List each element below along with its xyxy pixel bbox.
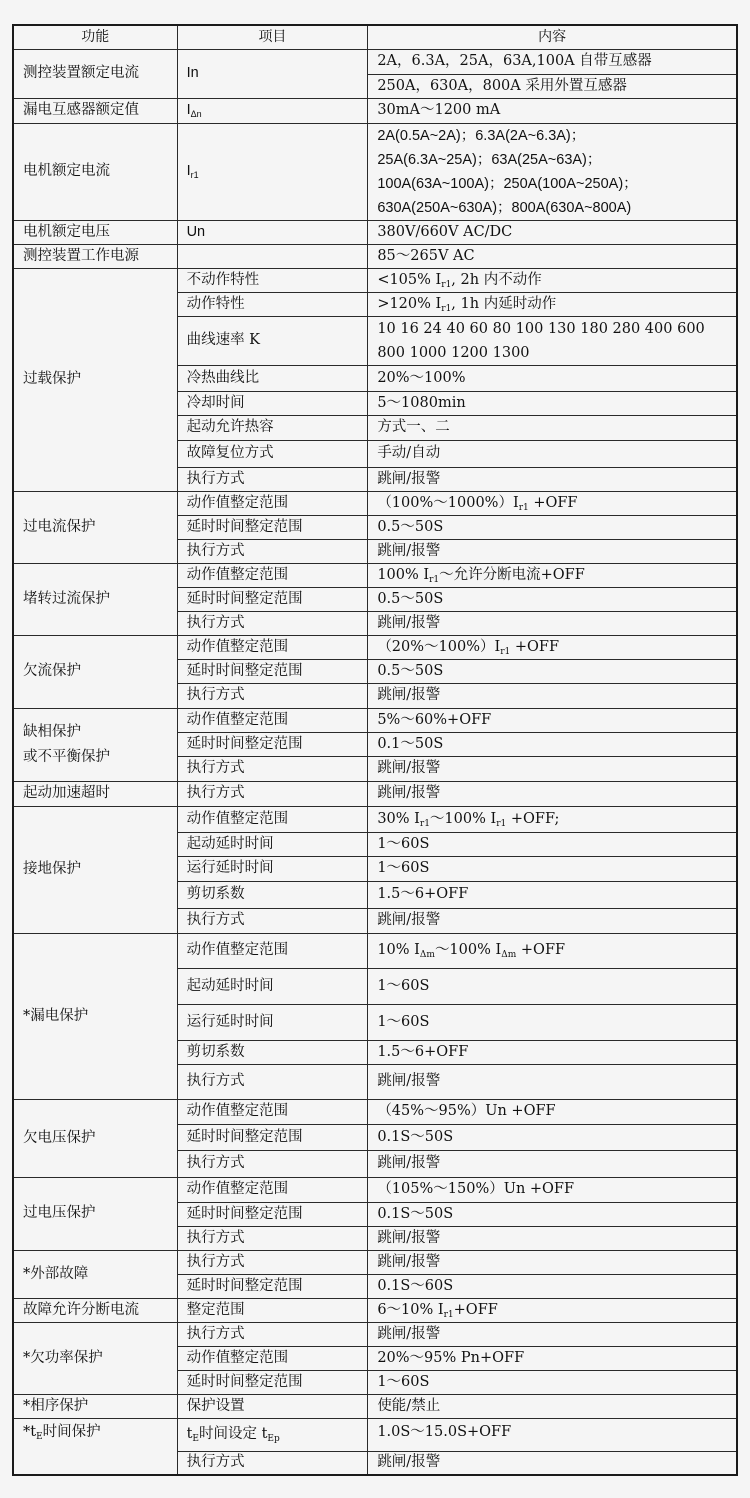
item-cell: 延时时间整定范围	[177, 587, 368, 611]
content-text: <105% I	[377, 272, 441, 288]
item-cell: 不动作特性	[177, 268, 368, 292]
content-text: , 2h 内不动作	[451, 272, 541, 288]
content-cell: 0.5～50S	[368, 587, 737, 611]
function-cell: *漏电保护	[13, 933, 177, 1099]
content-cell: 85～265V AC	[368, 244, 737, 268]
content-cell: 跳闸/报警	[368, 1451, 737, 1475]
content-cell: 使能/禁止	[368, 1394, 737, 1418]
header-item: 项目	[177, 25, 368, 49]
table-row: 过电流保护 动作值整定范围 （100%～1000%）Ir1 +OFF	[13, 491, 737, 515]
function-cell: 电机额定电压	[13, 220, 177, 244]
item-cell: 延时时间整定范围	[177, 732, 368, 756]
item-cell: 运行延时时间	[177, 1004, 368, 1040]
content-cell: 1.0S～15.0S+OFF	[368, 1418, 737, 1451]
content-cell: 0.1S～50S	[368, 1124, 737, 1150]
content-text: （100%～1000%）I	[377, 495, 518, 511]
content-text: +OFF	[529, 495, 578, 511]
function-cell: 欠流保护	[13, 635, 177, 708]
item-text: 时间设定	[199, 1426, 262, 1442]
item-cell: 延时时间整定范围	[177, 515, 368, 539]
content-cell: 跳闸/报警	[368, 1322, 737, 1346]
content-cell: 1～60S	[368, 1004, 737, 1040]
content-cell: >120% Ir1, 1h 内延时动作	[368, 292, 737, 316]
item-cell: 执行方式	[177, 756, 368, 781]
function-cell: 欠电压保护	[13, 1099, 177, 1177]
content-line: 800 1000 1200 1300	[377, 341, 736, 365]
item-cell: 动作值整定范围	[177, 806, 368, 832]
item-cell: 延时时间整定范围	[177, 1124, 368, 1150]
content-subscript: Δm	[420, 950, 435, 960]
content-cell: 方式一、二	[368, 415, 737, 440]
header-content: 内容	[368, 25, 737, 49]
item-cell: 动作特性	[177, 292, 368, 316]
function-text: 时间保护	[43, 1424, 101, 1440]
function-cell: 漏电互感器额定值	[13, 98, 177, 123]
content-line: 2A(0.5A~2A)；6.3A(2A~6.3A)；	[377, 124, 736, 148]
table-row: *相序保护 保护设置 使能/禁止	[13, 1394, 737, 1418]
function-cell: 缺相保护 或不平衡保护	[13, 708, 177, 781]
content-cell: 跳闸/报警	[368, 467, 737, 491]
table-row: 故障允许分断电流 整定范围 6～10% Ir1+OFF	[13, 1298, 737, 1322]
content-text: （20%～100%）I	[377, 639, 500, 655]
item-cell: 执行方式	[177, 611, 368, 635]
content-line: 25A(6.3A~25A)；63A(25A~63A)；	[377, 148, 736, 172]
content-cell: （45%～95%）Un +OFF	[368, 1099, 737, 1124]
item-cell: IΔn	[177, 98, 368, 123]
content-text: , 1h 内延时动作	[451, 296, 556, 312]
function-cell: 过电压保护	[13, 1177, 177, 1250]
table-row: 欠流保护 动作值整定范围 （20%～100%）Ir1 +OFF	[13, 635, 737, 659]
content-cell: 0.5～50S	[368, 515, 737, 539]
table-row: *漏电保护 动作值整定范围 10% IΔm～100% IΔm +OFF	[13, 933, 737, 968]
function-cell: 过电流保护	[13, 491, 177, 563]
item-cell: 冷却时间	[177, 391, 368, 415]
item-cell: 动作值整定范围	[177, 933, 368, 968]
table-row: 堵转过流保护 动作值整定范围 100% Ir1～允许分断电流+OFF	[13, 563, 737, 587]
content-cell: 1～60S	[368, 968, 737, 1004]
item-subscript: Δn	[191, 109, 202, 119]
content-cell: 跳闸/报警	[368, 781, 737, 806]
function-cell: *外部故障	[13, 1250, 177, 1298]
content-cell: 100% Ir1～允许分断电流+OFF	[368, 563, 737, 587]
item-cell: tE时间设定 tEp	[177, 1418, 368, 1451]
content-cell: 20%～95% Pn+OFF	[368, 1346, 737, 1370]
header-row: 功能 项目 内容	[13, 25, 737, 49]
item-cell: 冷热曲线比	[177, 365, 368, 391]
function-line: 或不平衡保护	[23, 745, 177, 770]
function-subscript: E	[36, 1432, 43, 1442]
content-cell: 0.1S～50S	[368, 1202, 737, 1226]
item-cell: 起动允许热容	[177, 415, 368, 440]
item-cell: 保护设置	[177, 1394, 368, 1418]
table-row: *欠功率保护 执行方式 跳闸/报警	[13, 1322, 737, 1346]
table-row: *外部故障 执行方式 跳闸/报警	[13, 1250, 737, 1274]
content-cell: 1～60S	[368, 832, 737, 856]
item-cell: 动作值整定范围	[177, 491, 368, 515]
item-cell: Ir1	[177, 123, 368, 220]
content-subscript: r1	[441, 280, 451, 290]
item-cell: 执行方式	[177, 467, 368, 491]
item-cell: 整定范围	[177, 1298, 368, 1322]
content-cell: 30mA～1200 mA	[368, 98, 737, 123]
function-cell: 故障允许分断电流	[13, 1298, 177, 1322]
content-subscript: r1	[441, 304, 451, 314]
item-cell: 执行方式	[177, 1451, 368, 1475]
content-cell: 6～10% Ir1+OFF	[368, 1298, 737, 1322]
item-cell: 起动延时时间	[177, 968, 368, 1004]
function-cell: *相序保护	[13, 1394, 177, 1418]
function-cell: *tE时间保护	[13, 1418, 177, 1475]
spec-table: 功能 项目 内容 测控装置额定电流 In 2A，6.3A，25A，63A,100…	[12, 24, 738, 1476]
content-text: 6～10%	[377, 1302, 438, 1318]
function-line: 缺相保护	[23, 720, 177, 745]
content-cell: 跳闸/报警	[368, 611, 737, 635]
header-function: 功能	[13, 25, 177, 49]
item-cell: 执行方式	[177, 539, 368, 563]
function-cell: 接地保护	[13, 806, 177, 933]
item-cell: 故障复位方式	[177, 440, 368, 467]
item-subscript: E	[192, 1434, 199, 1444]
content-line: 100A(63A~100A)；250A(100A~250A)；	[377, 172, 736, 196]
content-text: ～允许分断电流+OFF	[439, 567, 585, 583]
content-cell: 0.5～50S	[368, 659, 737, 683]
table-row: 电机额定电压 Un 380V/660V AC/DC	[13, 220, 737, 244]
item-cell: 剪切系数	[177, 881, 368, 908]
content-text: +OFF;	[506, 811, 559, 827]
content-text: ～100%	[435, 942, 496, 958]
content-cell: 380V/660V AC/DC	[368, 220, 737, 244]
content-cell: 手动/自动	[368, 440, 737, 467]
function-cell: 起动加速超时	[13, 781, 177, 806]
item-cell: 动作值整定范围	[177, 635, 368, 659]
item-cell: 执行方式	[177, 781, 368, 806]
content-cell: 跳闸/报警	[368, 1226, 737, 1250]
item-cell: 起动延时时间	[177, 832, 368, 856]
item-cell: 执行方式	[177, 1064, 368, 1099]
content-text: 30%	[377, 811, 414, 827]
content-cell: 20%～100%	[368, 365, 737, 391]
content-cell: 跳闸/报警	[368, 1064, 737, 1099]
content-subscript: r1	[420, 819, 430, 829]
item-cell: 执行方式	[177, 1226, 368, 1250]
function-cell: 电机额定电流	[13, 123, 177, 220]
table-row: 过电压保护 动作值整定范围 （105%～150%）Un +OFF	[13, 1177, 737, 1202]
item-cell: 执行方式	[177, 683, 368, 708]
item-cell: 动作值整定范围	[177, 1177, 368, 1202]
content-cell: （105%～150%）Un +OFF	[368, 1177, 737, 1202]
item-cell: In	[177, 49, 368, 98]
table-row: 接地保护 动作值整定范围 30% Ir1～100% Ir1 +OFF;	[13, 806, 737, 832]
item-subscript: Ep	[267, 1434, 279, 1444]
item-cell: 动作值整定范围	[177, 708, 368, 732]
content-cell: 10 16 24 40 60 80 100 130 180 280 400 60…	[368, 316, 737, 365]
table-row: *tE时间保护 tE时间设定 tEp 1.0S～15.0S+OFF	[13, 1418, 737, 1451]
item-cell: 执行方式	[177, 1322, 368, 1346]
item-cell: 延时时间整定范围	[177, 1370, 368, 1394]
item-cell: 动作值整定范围	[177, 1346, 368, 1370]
content-cell: （20%～100%）Ir1 +OFF	[368, 635, 737, 659]
content-text: +OFF	[510, 639, 559, 655]
content-subscript: r1	[519, 503, 529, 513]
content-cell: <105% Ir1, 2h 内不动作	[368, 268, 737, 292]
content-cell: 30% Ir1～100% Ir1 +OFF;	[368, 806, 737, 832]
content-subscript: Δm	[501, 950, 516, 960]
content-cell: 跳闸/报警	[368, 1150, 737, 1177]
table-row: 测控装置工作电源 85～265V AC	[13, 244, 737, 268]
item-subscript: r1	[191, 170, 199, 180]
table-row: 欠电压保护 动作值整定范围 （45%～95%）Un +OFF	[13, 1099, 737, 1124]
item-cell	[177, 244, 368, 268]
table-row: 电机额定电流 Ir1 2A(0.5A~2A)；6.3A(2A~6.3A)； 25…	[13, 123, 737, 220]
table-row: 过载保护 不动作特性 <105% Ir1, 2h 内不动作	[13, 268, 737, 292]
table-row: 漏电互感器额定值 IΔn 30mA～1200 mA	[13, 98, 737, 123]
item-cell: 延时时间整定范围	[177, 1202, 368, 1226]
content-cell: 2A(0.5A~2A)；6.3A(2A~6.3A)； 25A(6.3A~25A)…	[368, 123, 737, 220]
content-cell: 跳闸/报警	[368, 756, 737, 781]
content-cell: （100%～1000%）Ir1 +OFF	[368, 491, 737, 515]
content-subscript: r1	[429, 575, 439, 585]
item-cell: 延时时间整定范围	[177, 659, 368, 683]
item-cell: 曲线速率 K	[177, 316, 368, 365]
item-cell: 延时时间整定范围	[177, 1274, 368, 1298]
content-text: ～100%	[430, 811, 491, 827]
content-text: +OFF	[516, 942, 565, 958]
item-cell: 动作值整定范围	[177, 563, 368, 587]
content-cell: 跳闸/报警	[368, 683, 737, 708]
item-cell: 执行方式	[177, 908, 368, 933]
content-cell: 0.1S～60S	[368, 1274, 737, 1298]
item-cell: Un	[177, 220, 368, 244]
content-subscript: r1	[496, 819, 506, 829]
content-cell: 10% IΔm～100% IΔm +OFF	[368, 933, 737, 968]
item-cell: 运行延时时间	[177, 856, 368, 881]
content-cell: 5～1080min	[368, 391, 737, 415]
function-cell: 过载保护	[13, 268, 177, 491]
content-subscript: r1	[500, 647, 510, 657]
content-text: 100% I	[377, 567, 429, 583]
content-cell: 2A，6.3A，25A，63A,100A 自带互感器	[368, 49, 737, 74]
content-cell: 1.5～6+OFF	[368, 1040, 737, 1064]
table-row: 缺相保护 或不平衡保护 动作值整定范围 5%～60%+OFF	[13, 708, 737, 732]
content-cell: 跳闸/报警	[368, 1250, 737, 1274]
content-cell: 跳闸/报警	[368, 539, 737, 563]
content-cell: 1.5～6+OFF	[368, 881, 737, 908]
content-line: 630A(250A~630A)；800A(630A~800A)	[377, 196, 736, 220]
content-cell: 0.1～50S	[368, 732, 737, 756]
content-cell: 5%～60%+OFF	[368, 708, 737, 732]
function-cell: 测控装置工作电源	[13, 244, 177, 268]
content-text: >120% I	[377, 296, 441, 312]
function-cell: 测控装置额定电流	[13, 49, 177, 98]
content-cell: 跳闸/报警	[368, 908, 737, 933]
item-cell: 剪切系数	[177, 1040, 368, 1064]
function-cell: *欠功率保护	[13, 1322, 177, 1394]
content-cell: 1～60S	[368, 856, 737, 881]
function-cell: 堵转过流保护	[13, 563, 177, 635]
table-row: 起动加速超时 执行方式 跳闸/报警	[13, 781, 737, 806]
item-cell: 执行方式	[177, 1250, 368, 1274]
content-subscript: r1	[444, 1310, 454, 1320]
content-cell: 1～60S	[368, 1370, 737, 1394]
content-text: +OFF	[454, 1302, 498, 1318]
content-cell: 250A，630A，800A 采用外置互感器	[368, 74, 737, 98]
content-text: 10%	[377, 942, 414, 958]
item-cell: 执行方式	[177, 1150, 368, 1177]
item-cell: 动作值整定范围	[177, 1099, 368, 1124]
content-line: 10 16 24 40 60 80 100 130 180 280 400 60…	[377, 317, 736, 341]
table-row: 测控装置额定电流 In 2A，6.3A，25A，63A,100A 自带互感器	[13, 49, 737, 74]
